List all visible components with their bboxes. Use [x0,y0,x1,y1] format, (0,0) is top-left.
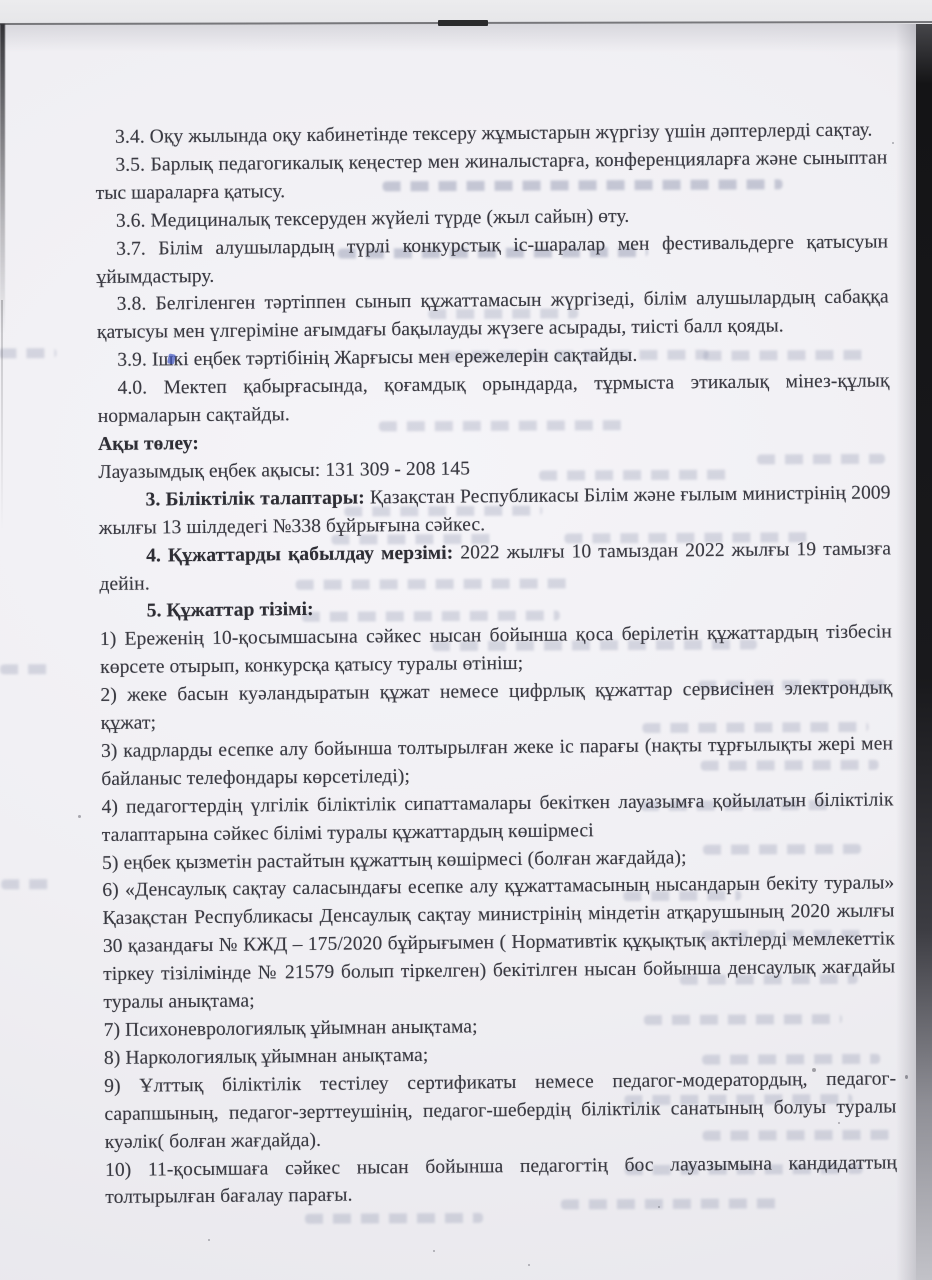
paragraph-text: 3.9. Ішкі еңбек тәртібінің Жарғысы мен е… [117,345,637,371]
scan-speck [838,1122,840,1124]
paragraph-lead: 4. Құжаттарды қабылдау мерзімі: [146,542,453,566]
paragraph-text: 2) жеке басын куәландыратын құжат немесе… [100,677,892,734]
bleedthrough-line [0,348,56,358]
paragraph-lead: 3. Біліктілік талаптары: [146,487,365,510]
paragraph: 10) 11-қосымшаға сәйкес нысан бойынша пе… [105,1149,897,1212]
paragraph-lead: Ақы төлеу: [98,433,199,455]
paragraph: 3.7. Білім алушылардың түрлі конкурстық … [96,228,888,291]
scan-speck [433,1250,435,1252]
scan-speck [812,1068,816,1072]
paragraph: 3. Біліктілік талаптары: Қазақстан Респу… [98,479,890,542]
scan-speck [208,1239,210,1241]
paragraph: 3.8. Белгіленген тәртіппен сынып құжатта… [97,284,889,347]
paragraph-text: 8) Наркологиялық ұйымнан анықтама; [104,1045,429,1069]
paper-left-edge-streak-tail [1,300,3,530]
paragraph: 4) педагогтердің үлгілік біліктілік сипа… [101,786,893,849]
paragraph-text: 1) Ереженің 10-қосымшасына сәйкес нысан … [100,622,892,679]
paragraph: 3.5. Барлық педагогикалық кеңестер мен ж… [95,144,887,207]
paragraph-text: 3.8. Белгіленген тәртіппен сынып құжатта… [97,287,889,344]
paragraph-text: 4) педагогтердің үлгілік біліктілік сипа… [101,789,893,846]
paragraph-text: 6) «Денсаулық сақтау саласындағы есепке … [102,873,895,1013]
paragraph-text: 10) 11-қосымшаға сәйкес нысан бойынша пе… [105,1152,897,1209]
paragraph-text: 7) Психоневрологиялық ұйымнан анықтама; [104,1016,478,1041]
paragraph-text: 4.0. Мектеп қабырғасында, қоғамдық орынд… [98,371,890,428]
scan-speck [528,1264,530,1266]
paragraph-text: 5) еңбек қызметін растайтын құжаттың көш… [102,847,687,874]
document-text: 3.4. Оқу жылында оқу кабинетінде тексеру… [95,116,897,1212]
paragraph: 4. Құжаттарды қабылдау мерзімі: 2022 жыл… [99,535,891,598]
paragraph: 2) жеке басын куәландыратын құжат немесе… [100,674,892,737]
paragraph-text: 3.5. Барлық педагогикалық кеңестер мен ж… [96,147,888,204]
paragraph-text: 3) кадрларды есепке алу бойынша толтырыл… [101,733,893,790]
scanned-page: 3.4. Оқу жылында оқу кабинетінде тексеру… [0,0,932,1280]
paper-sheet: 3.4. Оқу жылында оқу кабинетінде тексеру… [0,24,917,1280]
paper-left-edge-streak [0,24,5,334]
paragraph: 1) Ереженің 10-қосымшасына сәйкес нысан … [100,619,892,682]
paragraph: 3) кадрларды есепке алу бойынша толтырыл… [101,730,893,793]
paragraph: 9) Ұлттық біліктілік тестілеу сертификат… [104,1065,897,1156]
scanner-background-right [916,24,932,1280]
paragraph: 6) «Денсаулық сақтау саласындағы есепке … [102,870,895,1017]
bleedthrough-line [305,1213,483,1224]
paragraph-text: 3.7. Білім алушылардың түрлі конкурстық … [96,231,888,288]
paragraph-text: 3.6. Медициналық тексеруден жүйелі түрде… [116,206,630,232]
scan-speck [78,815,81,818]
paper-right-edge-shadow [896,24,916,1280]
paper-top-edge-mark [438,20,488,26]
paragraph-text: 3.4. Оқу жылында оқу кабинетінде тексеру… [115,120,873,148]
bleedthrough-line [0,664,52,674]
bleedthrough-line [1,879,57,889]
scan-speck [892,142,894,144]
paragraph-text: 9) Ұлттық біліктілік тестілеу сертификат… [104,1068,896,1152]
paragraph-text: Лауазымдық еңбек ақысы: 131 309 - 208 14… [98,458,470,483]
paragraph-lead: 5. Құжаттар тізімі: [147,599,314,622]
scan-root: { "colors": { "paper": "#f0eff3", "ink":… [0,0,932,1280]
scan-speck [658,1206,660,1208]
paragraph: 4.0. Мектеп қабырғасында, қоғамдық орынд… [97,368,889,431]
